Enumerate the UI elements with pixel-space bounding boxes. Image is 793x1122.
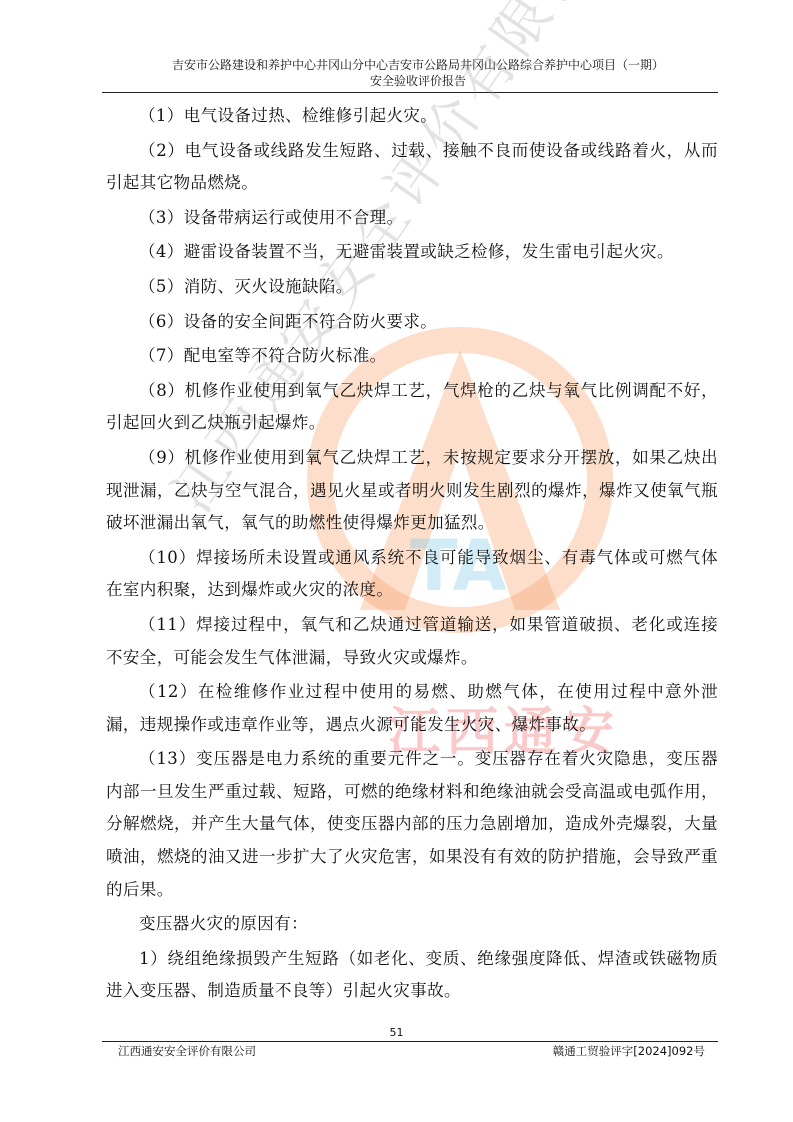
paragraph-4: （4）避雷设备装置不当，无避雷装置或缺乏检修，发生雷电引起火灾。 (106, 236, 718, 269)
page-header: 吉安市公路建设和养护中心井冈山分中心吉安市公路局井冈山公路综合养护中心项目（一期… (118, 57, 718, 89)
footer-divider (102, 1041, 718, 1042)
paragraph-13: （13）变压器是电力系统的重要元件之一。变压器存在着火灾隐患，变压器内部一旦发生… (106, 743, 718, 906)
paragraph-transformer-causes-heading: 变压器火灾的原因有： (106, 908, 718, 941)
paragraph-8: （8）机修作业使用到氧气乙炔焊工艺，气焊枪的乙炔与氧气比例调配不好，引起回火到乙… (106, 375, 718, 440)
footer-doc-number: 赣通工贸验评字[2024]092号 (553, 1043, 705, 1059)
paragraph-3: （3）设备带病运行或使用不合理。 (106, 202, 718, 235)
document-body: （1）电气设备过热、检维修引起火灾。 （2）电气设备或线路发生短路、过载、接触不… (106, 100, 718, 1010)
page-number: 51 (0, 1026, 793, 1039)
header-title-line1: 吉安市公路建设和养护中心井冈山分中心吉安市公路局井冈山公路综合养护中心项目（一期… (118, 57, 718, 73)
paragraph-transformer-cause-1: 1）绕组绝缘损毁产生短路（如老化、变质、绝缘强度降低、焊渣或铁磁物质进入变压器、… (106, 943, 718, 1008)
paragraph-10: （10）焊接场所未设置或通风系统不良可能导致烟尘、有毒气体或可燃气体在室内积聚，… (106, 542, 718, 607)
paragraph-1: （1）电气设备过热、检维修引起火灾。 (106, 100, 718, 133)
footer-company: 江西通安安全评价有限公司 (118, 1043, 256, 1059)
paragraph-7: （7）配电室等不符合防火标准。 (106, 340, 718, 373)
paragraph-5: （5）消防、灭火设施缺陷。 (106, 271, 718, 304)
paragraph-11: （11）焊接过程中，氧气和乙炔通过管道输送，如果管道破损、老化或连接不安全，可能… (106, 609, 718, 674)
paragraph-12: （12）在检维修作业过程中使用的易燃、助燃气体，在使用过程中意外泄漏，违规操作或… (106, 676, 718, 741)
paragraph-9: （9）机修作业使用到氧气乙炔焊工艺，未按规定要求分开摆放，如果乙炔出现泄漏，乙炔… (106, 442, 718, 540)
paragraph-2: （2）电气设备或线路发生短路、过载、接触不良而使设备或线路着火，从而引起其它物品… (106, 135, 718, 200)
header-title-line2: 安全验收评价报告 (118, 73, 718, 89)
header-divider (102, 92, 718, 93)
paragraph-6: （6）设备的安全间距不符合防火要求。 (106, 306, 718, 339)
